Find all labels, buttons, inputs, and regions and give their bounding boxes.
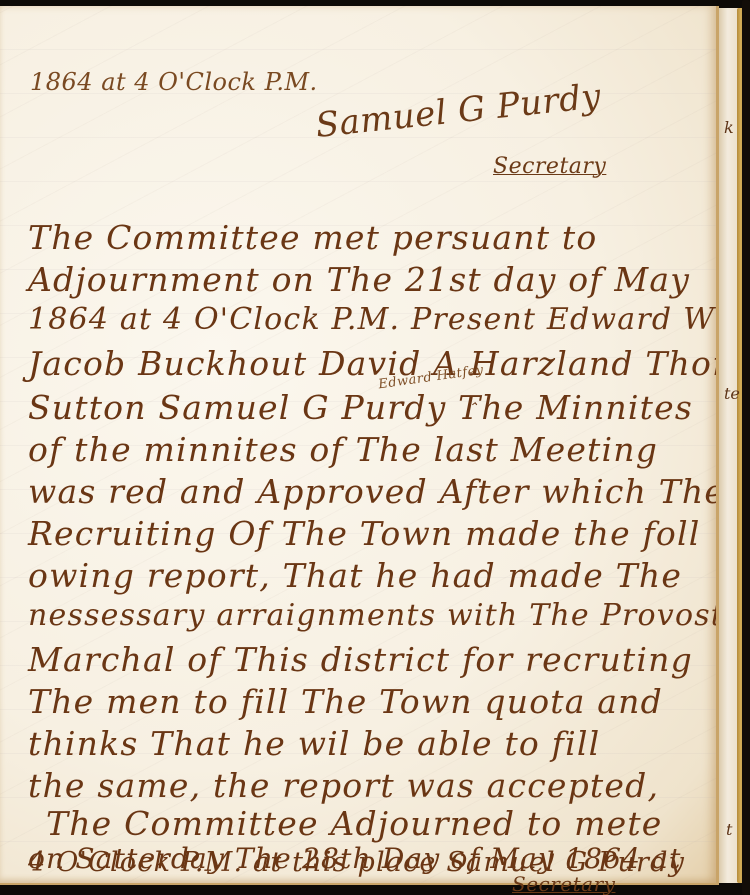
body-line: of the minnites of The last Meeting: [28, 430, 658, 469]
body-line: Recruiting Of The Town made the foll: [28, 514, 701, 553]
body-line: owing report, That he had made The: [28, 556, 682, 595]
body-line: Jacob Buckhout David A Harzland Thomas: [28, 344, 719, 383]
body-line: Adjournment on The 21st day of May: [28, 260, 690, 299]
body-line: thinks That he wil be able to fill: [28, 724, 600, 763]
bleed-through-margin-mark: t: [726, 820, 732, 839]
manuscript-page: 1864 at 4 O'Clock P.M. Samuel G Purdy Se…: [0, 6, 719, 885]
body-line: Sutton Samuel G Purdy The Minnites: [28, 388, 693, 427]
scan-border: [742, 0, 750, 895]
secretary-signature: Samuel G Purdy: [314, 76, 603, 146]
body-line: was red and Approved After which The: [28, 472, 719, 511]
body-line: The Committee Adjourned to mete: [46, 804, 663, 843]
continuation-line: 1864 at 4 O'Clock P.M.: [30, 68, 318, 96]
body-line: Marchal of This district for recruting: [28, 640, 693, 679]
body-line: 1864 at 4 O'Clock P.M. Present Edward Wi…: [28, 302, 719, 337]
bleed-through-margin-mark: k: [724, 118, 734, 137]
secretary-title: Secretary: [493, 154, 606, 179]
body-line: the same, the report was accepted,: [28, 766, 659, 805]
closing-secretary-title: Secretary: [512, 872, 615, 895]
body-line: The men to fill The Town quota and: [28, 682, 663, 721]
body-line: The Committee met persuant to: [28, 218, 597, 257]
body-line: nessessary arraignments with The Provost: [28, 598, 719, 633]
scanned-page-image: k te t 1864 at 4 O'Clock P.M. Samuel G P…: [0, 0, 750, 895]
bleed-through-margin-mark: te: [724, 384, 740, 403]
